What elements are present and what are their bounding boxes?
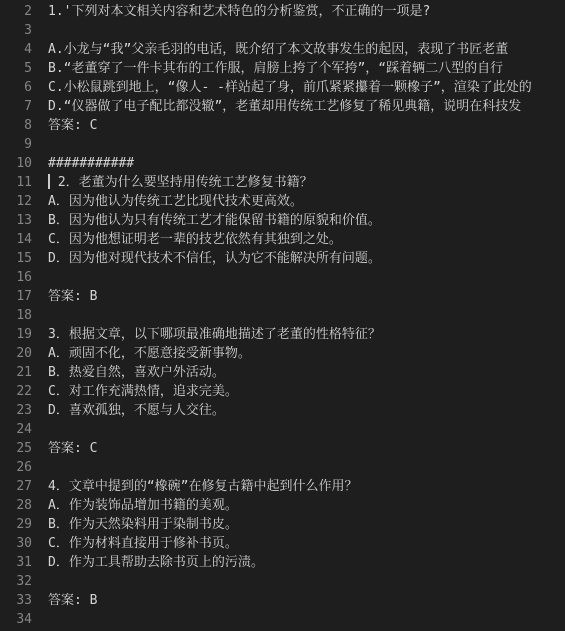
line-text bbox=[32, 572, 48, 591]
line-text bbox=[32, 420, 48, 439]
line-number: 5 bbox=[0, 59, 32, 78]
line-number: 15 bbox=[0, 249, 32, 268]
line-text: A．因为他认为传统工艺比现代技术更高效。 bbox=[32, 192, 303, 211]
code-line[interactable]: 21B．热爱自然，喜欢户外活动。 bbox=[0, 363, 565, 382]
line-number: 11 bbox=[0, 173, 32, 192]
code-line[interactable]: 17答案: B bbox=[0, 287, 565, 306]
code-line[interactable]: 22C．对工作充满热情，追求完美。 bbox=[0, 382, 565, 401]
line-number: 10 bbox=[0, 154, 32, 173]
code-line[interactable]: 15D．因为他对现代技术不信任，认为它不能解决所有问题。 bbox=[0, 249, 565, 268]
code-line[interactable]: 18 bbox=[0, 306, 565, 325]
code-line[interactable]: 8答案: C bbox=[0, 116, 565, 135]
code-line[interactable]: 29B．作为天然染料用于染制书皮。 bbox=[0, 515, 565, 534]
line-text bbox=[32, 268, 48, 287]
code-line[interactable]: 193．根据文章，以下哪项最准确地描述了老董的性格特征？ bbox=[0, 325, 565, 344]
line-text: A．顽固不化，不愿意接受新事物。 bbox=[32, 344, 251, 363]
line-text: C．对工作充满热情，追求完美。 bbox=[32, 382, 238, 401]
code-line[interactable]: 7D.“仪器做了电子配比都没辙”，老董却用传统工艺修复了稀见典籍，说明在科技发 bbox=[0, 97, 565, 116]
line-text: 4．文章中提到的“橡碗”在修复古籍中起到什么作用？ bbox=[32, 477, 357, 496]
code-line[interactable]: 23D．喜欢孤独，不愿与人交往。 bbox=[0, 401, 565, 420]
line-text: 1.'下列对本文相关内容和艺术特色的分析鉴赏，不正确的一项是? bbox=[32, 2, 430, 21]
code-line[interactable]: 25答案: C bbox=[0, 439, 565, 458]
line-text: C．因为他想证明老一辈的技艺依然有其独到之处。 bbox=[32, 230, 342, 249]
line-number: 9 bbox=[0, 135, 32, 154]
line-number: 17 bbox=[0, 287, 32, 306]
code-line[interactable]: 6C.小松鼠跳到地上，“像人- -样站起了身，前爪紧紧攥着一颗橡子”，渲染了此处… bbox=[0, 78, 565, 97]
line-number: 24 bbox=[0, 420, 32, 439]
code-line[interactable]: 24 bbox=[0, 420, 565, 439]
code-line[interactable]: 21.'下列对本文相关内容和艺术特色的分析鉴赏，不正确的一项是? bbox=[0, 2, 565, 21]
line-text: D.“仪器做了电子配比都没辙”，老董却用传统工艺修复了稀见典籍，说明在科技发 bbox=[32, 97, 521, 116]
code-line[interactable]: 28A．作为装饰品增加书籍的美观。 bbox=[0, 496, 565, 515]
line-number: 6 bbox=[0, 78, 32, 97]
line-text bbox=[32, 135, 48, 154]
line-number: 19 bbox=[0, 325, 32, 344]
line-text: 答案: C bbox=[32, 439, 97, 458]
line-number: 8 bbox=[0, 116, 32, 135]
line-number: 12 bbox=[0, 192, 32, 211]
code-line[interactable]: 11 2．老董为什么要坚持用传统工艺修复书籍？ bbox=[0, 173, 565, 192]
code-line[interactable]: 34 bbox=[0, 610, 565, 629]
line-number: 21 bbox=[0, 363, 32, 382]
line-number: 33 bbox=[0, 591, 32, 610]
line-text: 3．根据文章，以下哪项最准确地描述了老董的性格特征？ bbox=[32, 325, 381, 344]
line-number: 14 bbox=[0, 230, 32, 249]
line-text bbox=[32, 306, 48, 325]
line-number: 25 bbox=[0, 439, 32, 458]
line-text: 2．老董为什么要坚持用传统工艺修复书籍？ bbox=[32, 173, 313, 192]
line-text: B．作为天然染料用于染制书皮。 bbox=[32, 515, 238, 534]
line-number: 3 bbox=[0, 21, 32, 40]
code-line[interactable]: 16 bbox=[0, 268, 565, 287]
code-line[interactable]: 3 bbox=[0, 21, 565, 40]
line-number: 26 bbox=[0, 458, 32, 477]
code-line[interactable]: 13B．因为他认为只有传统工艺才能保留书籍的原貌和价值。 bbox=[0, 211, 565, 230]
line-number: 16 bbox=[0, 268, 32, 287]
line-text bbox=[32, 610, 48, 629]
line-number: 30 bbox=[0, 534, 32, 553]
line-number: 7 bbox=[0, 97, 32, 116]
code-line[interactable]: 4A.小龙与“我”父亲毛羽的电话，既介绍了本文故事发生的起因，表现了书匠老董 bbox=[0, 40, 565, 59]
line-number: 2 bbox=[0, 2, 32, 21]
line-number: 23 bbox=[0, 401, 32, 420]
line-text: B.“老董穿了一件卡其布的工作服，肩膀上挎了个军挎”，“踩着辆二八型的自行 bbox=[32, 59, 503, 78]
line-number: 29 bbox=[0, 515, 32, 534]
line-text: C．作为材料直接用于修补书页。 bbox=[32, 534, 238, 553]
code-line[interactable]: 33答案: B bbox=[0, 591, 565, 610]
line-text bbox=[32, 21, 48, 40]
line-text: D．作为工具帮助去除书页上的污渍。 bbox=[32, 553, 264, 572]
line-number: 22 bbox=[0, 382, 32, 401]
code-line[interactable]: 9 bbox=[0, 135, 565, 154]
line-number: 32 bbox=[0, 572, 32, 591]
code-line[interactable]: 12A．因为他认为传统工艺比现代技术更高效。 bbox=[0, 192, 565, 211]
line-number: 28 bbox=[0, 496, 32, 515]
line-number: 34 bbox=[0, 610, 32, 629]
line-text: A.小龙与“我”父亲毛羽的电话，既介绍了本文故事发生的起因，表现了书匠老董 bbox=[32, 40, 508, 59]
code-line[interactable]: 274．文章中提到的“橡碗”在修复古籍中起到什么作用？ bbox=[0, 477, 565, 496]
code-line[interactable]: 10########### bbox=[0, 154, 565, 173]
line-number: 18 bbox=[0, 306, 32, 325]
code-line[interactable]: 31D．作为工具帮助去除书页上的污渍。 bbox=[0, 553, 565, 572]
line-text: B．因为他认为只有传统工艺才能保留书籍的原貌和价值。 bbox=[32, 211, 381, 230]
line-text bbox=[32, 458, 48, 477]
line-text: D．因为他对现代技术不信任，认为它不能解决所有问题。 bbox=[32, 249, 381, 268]
line-text: 答案: C bbox=[32, 116, 97, 135]
code-line[interactable]: 5B.“老董穿了一件卡其布的工作服，肩膀上挎了个军挎”，“踩着辆二八型的自行 bbox=[0, 59, 565, 78]
code-line[interactable]: 26 bbox=[0, 458, 565, 477]
code-line[interactable]: 32 bbox=[0, 572, 565, 591]
line-text: 答案: B bbox=[32, 591, 97, 610]
code-line[interactable]: 20A．顽固不化，不愿意接受新事物。 bbox=[0, 344, 565, 363]
text-cursor bbox=[48, 174, 50, 189]
line-text: D．喜欢孤独，不愿与人交往。 bbox=[32, 401, 225, 420]
code-line[interactable]: 30C．作为材料直接用于修补书页。 bbox=[0, 534, 565, 553]
code-line[interactable]: 14C．因为他想证明老一辈的技艺依然有其独到之处。 bbox=[0, 230, 565, 249]
text-editor[interactable]: 21.'下列对本文相关内容和艺术特色的分析鉴赏，不正确的一项是?34A.小龙与“… bbox=[0, 0, 565, 631]
line-number: 31 bbox=[0, 553, 32, 572]
line-text: B．热爱自然，喜欢户外活动。 bbox=[32, 363, 225, 382]
line-text: ########### bbox=[32, 154, 134, 173]
line-text: C.小松鼠跳到地上，“像人- -样站起了身，前爪紧紧攥着一颗橡子”，渲染了此处的 bbox=[32, 78, 532, 97]
line-number: 13 bbox=[0, 211, 32, 230]
line-number: 27 bbox=[0, 477, 32, 496]
line-text: 答案: B bbox=[32, 287, 97, 306]
line-number: 20 bbox=[0, 344, 32, 363]
line-text: A．作为装饰品增加书籍的美观。 bbox=[32, 496, 238, 515]
line-number: 4 bbox=[0, 40, 32, 59]
